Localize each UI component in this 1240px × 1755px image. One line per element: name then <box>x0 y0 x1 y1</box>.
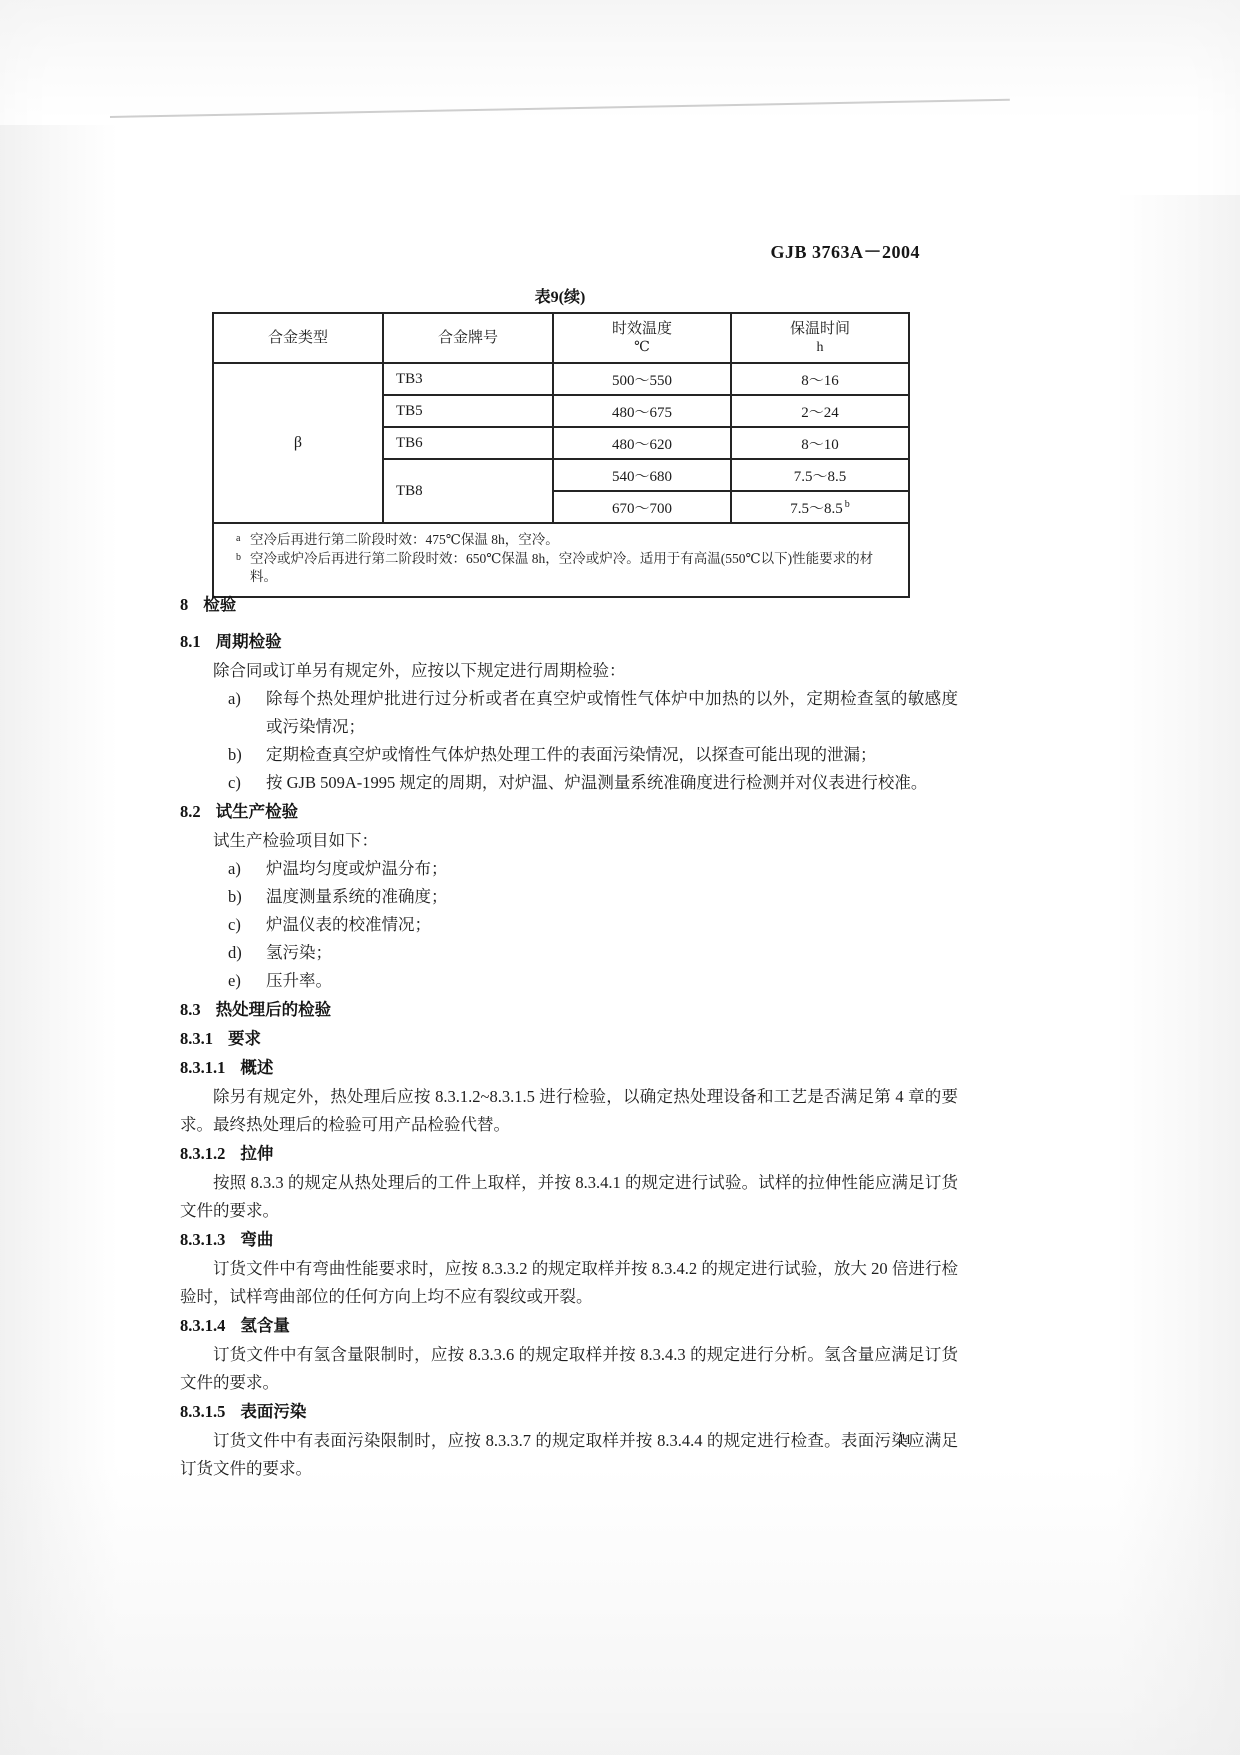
time-cell: 8～10 <box>731 427 909 459</box>
paragraph-8-3-1-3: 订货文件中有弯曲性能要求时，应按 8.3.3.2 的规定取样并按 8.3.4.2… <box>180 1255 958 1311</box>
list-marker: b) <box>228 883 242 911</box>
list-marker: d) <box>228 939 242 967</box>
time-cell: 2～24 <box>731 395 909 427</box>
col-header-alloy-grade: 合金牌号 <box>383 313 553 363</box>
temp-cell: 480～620 <box>553 427 731 459</box>
temp-cell: 480～675 <box>553 395 731 427</box>
alloy-aging-table: 合金类型 合金牌号 时效温度 ℃ 保温时间 h β TB3 500～55 <box>212 312 910 598</box>
section-heading-8-3-1: 8.3.1要求 <box>180 1025 958 1053</box>
alloy-type-cell: β <box>213 363 383 523</box>
section-title: 弯曲 <box>240 1230 273 1249</box>
list-text: 除每个热处理炉批进行过分析或者在真空炉或惰性气体炉中加热的以外，定期检查氢的敏感… <box>266 689 958 736</box>
list-item: c)按 GJB 509A-1995 规定的周期，对炉温、炉温测量系统准确度进行检… <box>180 769 958 797</box>
footnote-b: b空冷或炉冷后再进行第二阶段时效：650℃保温 8h，空冷或炉冷。适用于有高温(… <box>228 550 894 586</box>
col-header-alloy-type: 合金类型 <box>213 313 383 363</box>
list-item: d)氢污染； <box>180 939 958 967</box>
list-item: e)压升率。 <box>180 967 958 995</box>
section-heading-8-3-1-2: 8.3.1.2拉伸 <box>180 1140 958 1168</box>
grade-cell: TB3 <box>383 363 553 395</box>
section-heading-8-3: 8.3热处理后的检验 <box>180 996 958 1024</box>
table-header-row: 合金类型 合金牌号 时效温度 ℃ 保温时间 h <box>213 313 909 363</box>
scan-shading-left <box>0 125 118 1755</box>
list-text: 按 GJB 509A-1995 规定的周期，对炉温、炉温测量系统准确度进行检测并… <box>266 773 927 792</box>
list-marker: c) <box>228 911 241 939</box>
temp-cell: 670～700 <box>553 491 731 523</box>
paragraph-8-3-1-5: 订货文件中有表面污染限制时，应按 8.3.3.7 的规定取样并按 8.3.4.4… <box>180 1427 958 1483</box>
col-header-label: 时效温度 <box>558 319 726 339</box>
section-title: 表面污染 <box>240 1402 306 1421</box>
list-text: 炉温仪表的校准情况； <box>266 915 431 934</box>
temp-cell: 500～550 <box>553 363 731 395</box>
scan-shading-top <box>0 0 1240 120</box>
footnote-ref-b: b <box>845 499 850 510</box>
section-title: 拉伸 <box>240 1144 273 1163</box>
list-marker: a) <box>228 855 241 883</box>
section-title: 要求 <box>228 1029 261 1048</box>
grade-cell: TB5 <box>383 395 553 427</box>
paragraph-8-3-1-2: 按照 8.3.3 的规定从热处理后的工件上取样，并按 8.3.4.1 的规定进行… <box>180 1169 958 1225</box>
section-number: 8.3 <box>180 1000 201 1019</box>
list-item: a)除每个热处理炉批进行过分析或者在真空炉或惰性气体炉中加热的以外，定期检查氢的… <box>180 685 958 741</box>
list-marker: c) <box>228 769 241 797</box>
section-number: 8.3.1.2 <box>180 1144 225 1163</box>
grade-cell: TB6 <box>383 427 553 459</box>
paragraph-8-3-1-1: 除另有规定外，热处理后应按 8.3.1.2~8.3.1.5 进行检验，以确定热处… <box>180 1083 958 1139</box>
list-item: c)炉温仪表的校准情况； <box>180 911 958 939</box>
list-marker: b) <box>228 741 242 769</box>
section-number: 8.3.1.5 <box>180 1402 225 1421</box>
footnote-marker: a <box>236 530 240 548</box>
section-number: 8.3.1.1 <box>180 1058 225 1077</box>
section-number: 8.3.1.4 <box>180 1316 225 1335</box>
list-text: 氢污染； <box>266 943 332 962</box>
section-heading-8-3-1-3: 8.3.1.3弯曲 <box>180 1226 958 1254</box>
section-number: 8.3.1.3 <box>180 1230 225 1249</box>
section-title: 概述 <box>240 1058 273 1077</box>
list-marker: a) <box>228 685 241 713</box>
list-text: 压升率。 <box>266 971 332 990</box>
document-body: 8检验 8.1周期检验 除合同或订单另有规定外，应按以下规定进行周期检验： a)… <box>180 591 958 1483</box>
scan-shading-bottom <box>0 1465 1240 1755</box>
footnote-a: a空冷后再进行第二阶段时效：475℃保温 8h，空冷。 <box>228 531 894 549</box>
section-title: 热处理后的检验 <box>216 1000 332 1019</box>
table-row: β TB3 500～550 8～16 <box>213 363 909 395</box>
grade-cell: TB8 <box>383 459 553 523</box>
col-header-aging-temp: 时效温度 ℃ <box>553 313 731 363</box>
list-item: b)定期检查真空炉或惰性气体炉热处理工件的表面污染情况，以探查可能出现的泄漏； <box>180 741 958 769</box>
section-heading-8-3-1-1: 8.3.1.1概述 <box>180 1054 958 1082</box>
section-heading-8: 8检验 <box>180 591 958 619</box>
section-number: 8 <box>180 595 188 614</box>
col-header-label: 保温时间 <box>736 319 904 339</box>
time-cell: 8～16 <box>731 363 909 395</box>
section-number: 8.1 <box>180 632 201 651</box>
section-title: 周期检验 <box>216 632 282 651</box>
time-value: 7.5～8.5 <box>790 501 843 517</box>
list-marker: e) <box>228 967 241 995</box>
section-heading-8-3-1-4: 8.3.1.4氢含量 <box>180 1312 958 1340</box>
footnote-text: 空冷或炉冷后再进行第二阶段时效：650℃保温 8h，空冷或炉冷。适用于有高温(5… <box>250 551 873 584</box>
page-number: 11 <box>898 1432 912 1449</box>
list-text: 炉温均匀度或炉温分布； <box>266 859 448 878</box>
time-cell: 7.5～8.5 <box>731 459 909 491</box>
table-footnotes-row: a空冷后再进行第二阶段时效：475℃保温 8h，空冷。 b空冷或炉冷后再进行第二… <box>213 523 909 597</box>
table-title: 表9(续) <box>212 284 908 307</box>
list-item: b)温度测量系统的准确度； <box>180 883 958 911</box>
col-header-label: 合金类型 <box>268 330 328 346</box>
col-header-unit: h <box>736 339 904 357</box>
section-title: 检验 <box>203 595 236 614</box>
footnote-marker: b <box>236 549 241 567</box>
paragraph-8-1-intro: 除合同或订单另有规定外，应按以下规定进行周期检验： <box>180 657 958 685</box>
paragraph-8-2-intro: 试生产检验项目如下： <box>180 827 958 855</box>
document-page: GJB 3763A－2004 表9(续) 合金类型 合金牌号 时效温度 ℃ 保温… <box>0 0 1240 1755</box>
section-heading-8-2: 8.2试生产检验 <box>180 798 958 826</box>
list-text: 定期检查真空炉或惰性气体炉热处理工件的表面污染情况，以探查可能出现的泄漏； <box>266 745 877 764</box>
scan-artifact-line <box>110 99 1010 118</box>
list-item: a)炉温均匀度或炉温分布； <box>180 855 958 883</box>
paragraph-8-3-1-4: 订货文件中有氢含量限制时，应按 8.3.3.6 的规定取样并按 8.3.4.3 … <box>180 1341 958 1397</box>
section-heading-8-3-1-5: 8.3.1.5表面污染 <box>180 1398 958 1426</box>
scan-shading-right <box>1015 195 1240 1755</box>
list-text: 温度测量系统的准确度； <box>266 887 448 906</box>
col-header-hold-time: 保温时间 h <box>731 313 909 363</box>
col-header-unit: ℃ <box>558 339 726 357</box>
section-title: 试生产检验 <box>216 802 299 821</box>
footnote-text: 空冷后再进行第二阶段时效：475℃保温 8h，空冷。 <box>250 532 559 547</box>
section-heading-8-1: 8.1周期检验 <box>180 628 958 656</box>
col-header-label: 合金牌号 <box>438 330 498 346</box>
standard-code: GJB 3763A－2004 <box>770 238 920 264</box>
temp-cell: 540～680 <box>553 459 731 491</box>
time-cell: 7.5～8.5b <box>731 491 909 523</box>
section-title: 氢含量 <box>240 1316 290 1335</box>
section-number: 8.3.1 <box>180 1029 213 1048</box>
table-9-block: 表9(续) 合金类型 合金牌号 时效温度 ℃ 保温时间 h <box>212 284 908 598</box>
section-number: 8.2 <box>180 802 201 821</box>
